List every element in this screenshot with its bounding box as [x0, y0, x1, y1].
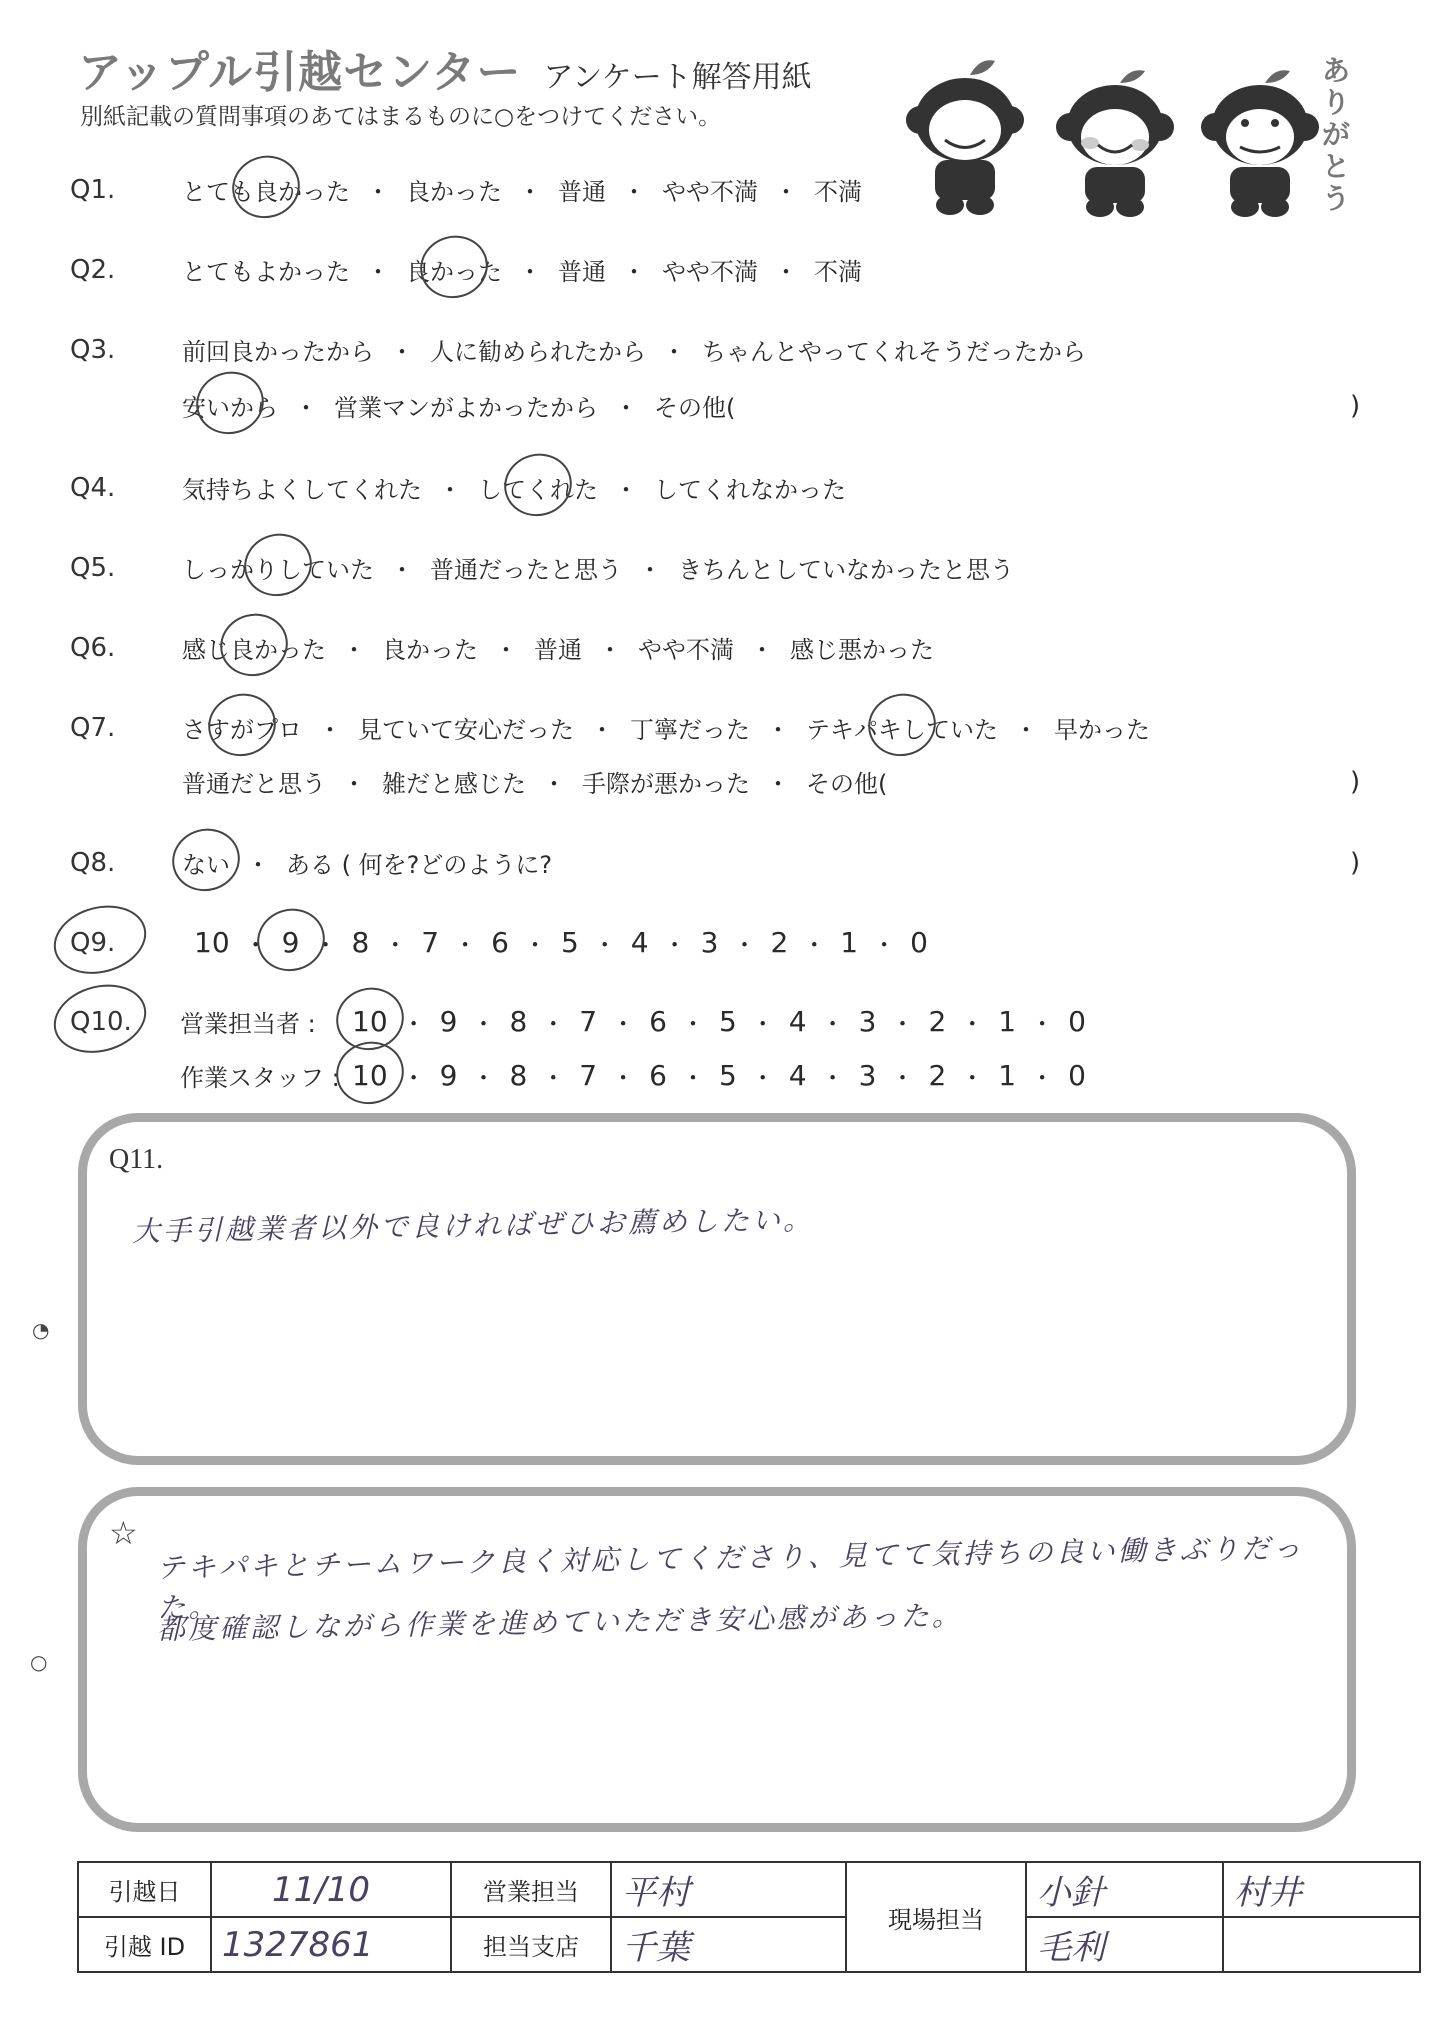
option[interactable]: 感じ悪かった	[788, 630, 936, 665]
option-selected[interactable]: しっかりしていた	[180, 550, 376, 585]
mascot-illustration-icon	[890, 45, 1350, 220]
question-q6: Q6. 感じ良かった・ 良かった・ 普通・ やや不満・ 感じ悪かった	[70, 630, 936, 665]
option-selected[interactable]: テキパキしていた	[804, 710, 1000, 745]
score-option[interactable]: 8	[507, 1059, 529, 1092]
option[interactable]: やや不満	[660, 172, 760, 207]
margin-mark-icon: ○	[30, 1650, 47, 1674]
question-number: Q5.	[70, 553, 180, 583]
question-number: Q3.	[70, 335, 180, 365]
score-option[interactable]: 4	[629, 926, 651, 959]
q11-answer-box[interactable]: Q11. 大手引越業者以外で良ければぜひお薦めしたい。	[78, 1113, 1356, 1465]
option[interactable]: 手際が悪かった	[580, 764, 752, 799]
option[interactable]: 良かった	[404, 172, 504, 207]
score-option-selected[interactable]: 10	[350, 1059, 390, 1092]
score-option[interactable]: 8	[507, 1005, 529, 1038]
score-option[interactable]: 9	[438, 1005, 460, 1038]
option[interactable]: 不満	[812, 252, 864, 287]
move-id-label: 引越 ID	[78, 1917, 211, 1972]
option[interactable]: 気持ちよくしてくれた	[180, 470, 424, 505]
question-number: Q2.	[70, 255, 180, 285]
form-subtitle: アンケート解答用紙	[543, 52, 811, 96]
score-option-selected[interactable]: 10	[350, 1005, 390, 1038]
option[interactable]: 雑だと感じた	[380, 764, 528, 799]
option[interactable]: 営業マンがよかったから	[332, 388, 600, 423]
score-option[interactable]: 1	[996, 1059, 1018, 1092]
score-option[interactable]: 6	[647, 1005, 669, 1038]
option-selected[interactable]: してくれた	[476, 470, 600, 505]
option-selected[interactable]: 良かった	[404, 252, 504, 287]
question-q1: Q1. とても良かった・ 良かった・ 普通・ やや不満・ 不満	[70, 172, 864, 207]
option[interactable]: 普通	[532, 630, 584, 665]
score-option[interactable]: 5	[717, 1005, 739, 1038]
score-option[interactable]: 1	[838, 926, 860, 959]
score-option[interactable]: 4	[787, 1059, 809, 1092]
score-option[interactable]: 5	[717, 1059, 739, 1092]
option[interactable]: とてもよかった	[180, 252, 352, 287]
option[interactable]: 見ていて安心だった	[356, 710, 576, 745]
question-q4: Q4. 気持ちよくしてくれた・ してくれた・ してくれなかった	[70, 470, 848, 505]
question-number: Q1.	[70, 175, 180, 205]
option[interactable]: やや不満	[636, 630, 736, 665]
star-icon: ☆	[109, 1514, 138, 1552]
score-option[interactable]: 10	[192, 926, 232, 959]
option-other[interactable]: その他(	[652, 388, 737, 423]
option-other[interactable]: その他(	[804, 764, 889, 799]
question-q2: Q2. とてもよかった・ 良かった・ 普通・ やや不満・ 不満	[70, 252, 864, 287]
question-number: Q6.	[70, 633, 180, 663]
option[interactable]: やや不満	[660, 252, 760, 287]
question-number: Q4.	[70, 473, 180, 503]
margin-mark-icon: ◔	[32, 1318, 49, 1342]
score-option[interactable]: 4	[787, 1005, 809, 1038]
option[interactable]: 普通だと思う	[180, 764, 328, 799]
score-option[interactable]: 2	[768, 926, 790, 959]
option[interactable]: 良かった	[380, 630, 480, 665]
question-number: Q8.	[70, 848, 180, 878]
question-number: Q9.	[70, 928, 180, 958]
option[interactable]: 普通	[556, 252, 608, 287]
score-option[interactable]: 3	[857, 1005, 879, 1038]
option[interactable]: ある ( 何を?どのように?	[284, 845, 554, 880]
question-q10-staff: 作業スタッフ : 10・ 9・ 8・ 7・ 6・ 5・ 4・ 3・ 2・ 1・ …	[70, 1058, 1088, 1093]
option-selected[interactable]: さすがプロ	[180, 710, 304, 745]
site-staff-2[interactable]: 村井	[1223, 1862, 1420, 1917]
score-option[interactable]: 3	[699, 926, 721, 959]
option[interactable]: ちゃんとやってくれそうだったから	[700, 332, 1088, 367]
branch-label: 担当支店	[451, 1917, 611, 1972]
option[interactable]: 早かった	[1052, 710, 1152, 745]
option[interactable]: 前回良かったから	[180, 332, 376, 367]
score-option[interactable]: 0	[1066, 1059, 1088, 1092]
question-q3: Q3. 前回良かったから・ 人に勧められたから・ ちゃんとやってくれそうだったか…	[70, 332, 1088, 367]
score-option[interactable]: 5	[559, 926, 581, 959]
option[interactable]: 丁寧だった	[628, 710, 752, 745]
question-q7: Q7. さすがプロ・ 見ていて安心だった・ 丁寧だった・ テキパキしていた・ 早…	[70, 710, 1152, 745]
branch-value[interactable]: 千葉	[611, 1917, 846, 1972]
sales-rep-label: 営業担当	[451, 1862, 611, 1917]
instruction-text: 別紙記載の質問事項のあてはまるものに○をつけてください。	[80, 98, 721, 131]
score-option[interactable]: 9	[438, 1059, 460, 1092]
sales-rep-label: 営業担当者 :	[180, 1004, 350, 1039]
score-option[interactable]: 7	[419, 926, 441, 959]
close-paren: )	[1350, 767, 1360, 797]
question-q10-sales: Q10. 営業担当者 : 10・ 9・ 8・ 7・ 6・ 5・ 4・ 3・ 2・…	[70, 1004, 1088, 1039]
move-id-value[interactable]: 1327861	[211, 1917, 451, 1972]
score-option[interactable]: 7	[577, 1059, 599, 1092]
site-staff-4[interactable]	[1223, 1917, 1420, 1972]
score-option[interactable]: 0	[908, 926, 930, 959]
question-q3-line2: 安いから・ 営業マンがよかったから・ その他( )	[70, 388, 1370, 423]
option-selected[interactable]: 安いから	[180, 388, 280, 423]
option[interactable]: 不満	[812, 172, 864, 207]
score-option[interactable]: 3	[857, 1059, 879, 1092]
option[interactable]: きちんとしていなかったと思う	[676, 550, 1016, 585]
option[interactable]: 人に勧められたから	[428, 332, 648, 367]
q11-label: Q11.	[109, 1144, 163, 1176]
site-staff-label: 現場担当	[846, 1862, 1026, 1972]
option[interactable]: 普通	[556, 172, 608, 207]
score-option[interactable]: 2	[926, 1059, 948, 1092]
score-option[interactable]: 7	[577, 1005, 599, 1038]
option[interactable]: 普通だったと思う	[428, 550, 624, 585]
move-date-value[interactable]: 11/10	[211, 1862, 451, 1917]
comments-box[interactable]: ☆ テキパキとチームワーク良く対応してくださり、見てて気持ちの良い働きぶりだった…	[78, 1487, 1356, 1832]
move-date-label: 引越日	[78, 1862, 211, 1917]
move-info-table: 引越日 11/10 営業担当 平村 現場担当 小針 村井 引越 ID 13278…	[77, 1861, 1421, 1973]
question-q9: Q9. 10・ 9・ 8・ 7・ 6・ 5・ 4・ 3・ 2・ 1・ 0	[70, 925, 930, 960]
score-option[interactable]: 6	[647, 1059, 669, 1092]
score-option[interactable]: 8	[349, 926, 371, 959]
score-option[interactable]: 2	[926, 1005, 948, 1038]
brand-name: アップル引越センター	[78, 36, 521, 100]
score-option-selected[interactable]: 9	[280, 926, 302, 959]
score-option[interactable]: 1	[996, 1005, 1018, 1038]
question-q8: Q8. ない・ ある ( 何を?どのように? )	[70, 845, 1370, 880]
question-number: Q10.	[70, 1007, 180, 1037]
score-option[interactable]: 0	[1066, 1005, 1088, 1038]
work-staff-label: 作業スタッフ :	[180, 1058, 350, 1093]
sales-rep-value[interactable]: 平村	[611, 1862, 846, 1917]
question-q5: Q5. しっかりしていた・ 普通だったと思う・ きちんとしていなかったと思う	[70, 550, 1016, 585]
option-selected[interactable]: ない	[180, 845, 232, 880]
option-selected[interactable]: 感じ良かった	[180, 630, 328, 665]
q11-handwritten-answer: 大手引越業者以外で良ければぜひお薦めしたい。	[132, 1198, 815, 1250]
question-number: Q7.	[70, 713, 180, 743]
score-option[interactable]: 6	[489, 926, 511, 959]
close-paren: )	[1350, 391, 1360, 421]
page-title: アップル引越センター アンケート解答用紙	[78, 36, 812, 100]
site-staff-3[interactable]: 毛利	[1026, 1917, 1223, 1972]
thanks-caption: ありがとう	[1318, 55, 1354, 215]
question-q7-line2: 普通だと思う・ 雑だと感じた・ 手際が悪かった・ その他( )	[70, 764, 1370, 799]
option-selected[interactable]: とても良かった	[180, 172, 352, 207]
site-staff-1[interactable]: 小針	[1026, 1862, 1223, 1917]
close-paren: )	[1350, 848, 1360, 878]
option[interactable]: してくれなかった	[652, 470, 848, 505]
